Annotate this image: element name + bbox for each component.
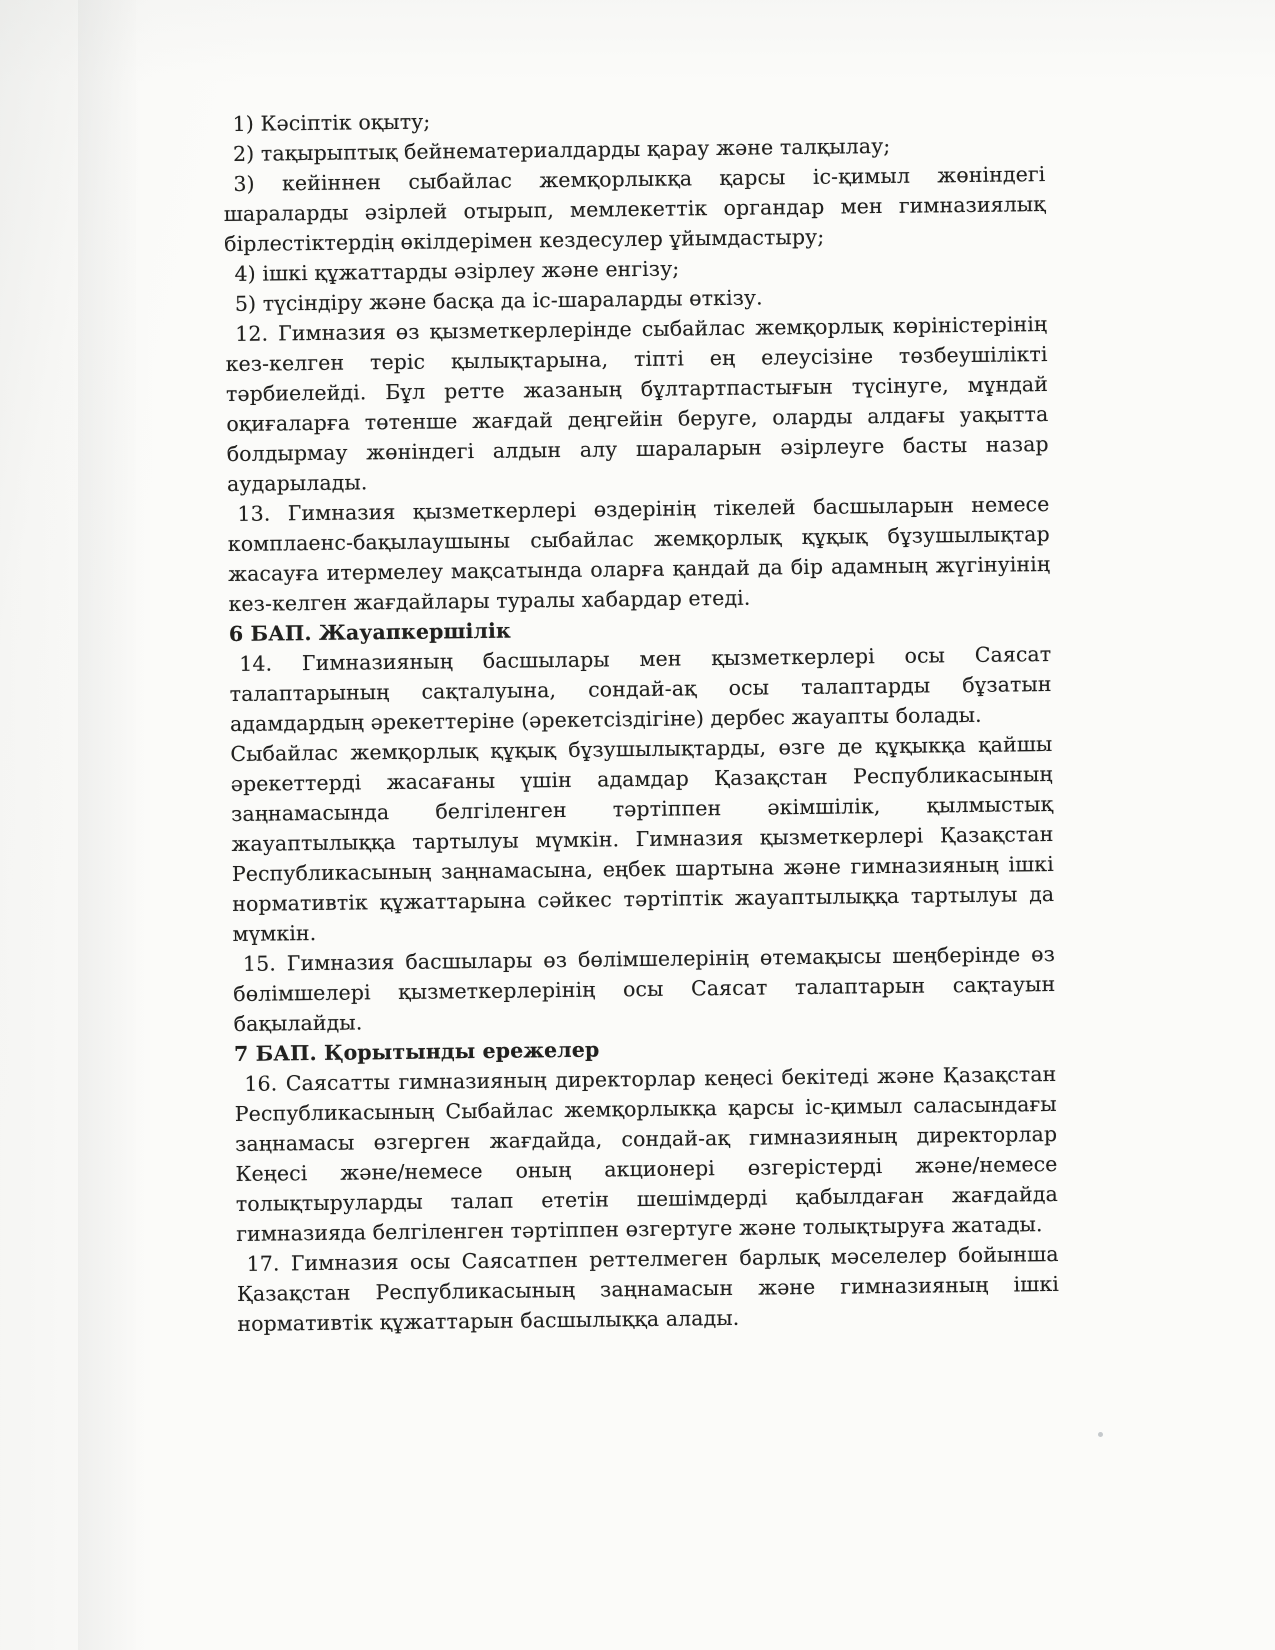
paragraph-12: 12. Гимназия өз қызметкерлерінде сыбайла… <box>225 309 1049 499</box>
paragraph-liability: Сыбайлас жемқорлық құқық бұзушылықтарды,… <box>230 729 1055 949</box>
paragraph-16: 16. Саясатты гимназияның директорлар кең… <box>234 1059 1058 1249</box>
paragraph-14: 14. Гимназияның басшылары мен қызметкерл… <box>229 639 1052 739</box>
paragraph-13: 13. Гимназия қызметкерлері өздерінің тік… <box>227 489 1050 619</box>
scan-edge-shadow <box>78 0 136 1650</box>
paragraph-15: 15. Гимназия басшылары өз бөлімшелерінің… <box>233 939 1056 1039</box>
paragraph-17: 17. Гимназия осы Саясатпен реттелмеген б… <box>236 1239 1059 1339</box>
scan-speck <box>1098 1432 1103 1437</box>
scanned-document-page: 1) Кәсіптік оқыту; 2) тақырыптық бейнема… <box>223 99 1060 1339</box>
list-item-3: 3) кейіннен сыбайлас жемқорлыкқа қарсы і… <box>223 159 1046 259</box>
